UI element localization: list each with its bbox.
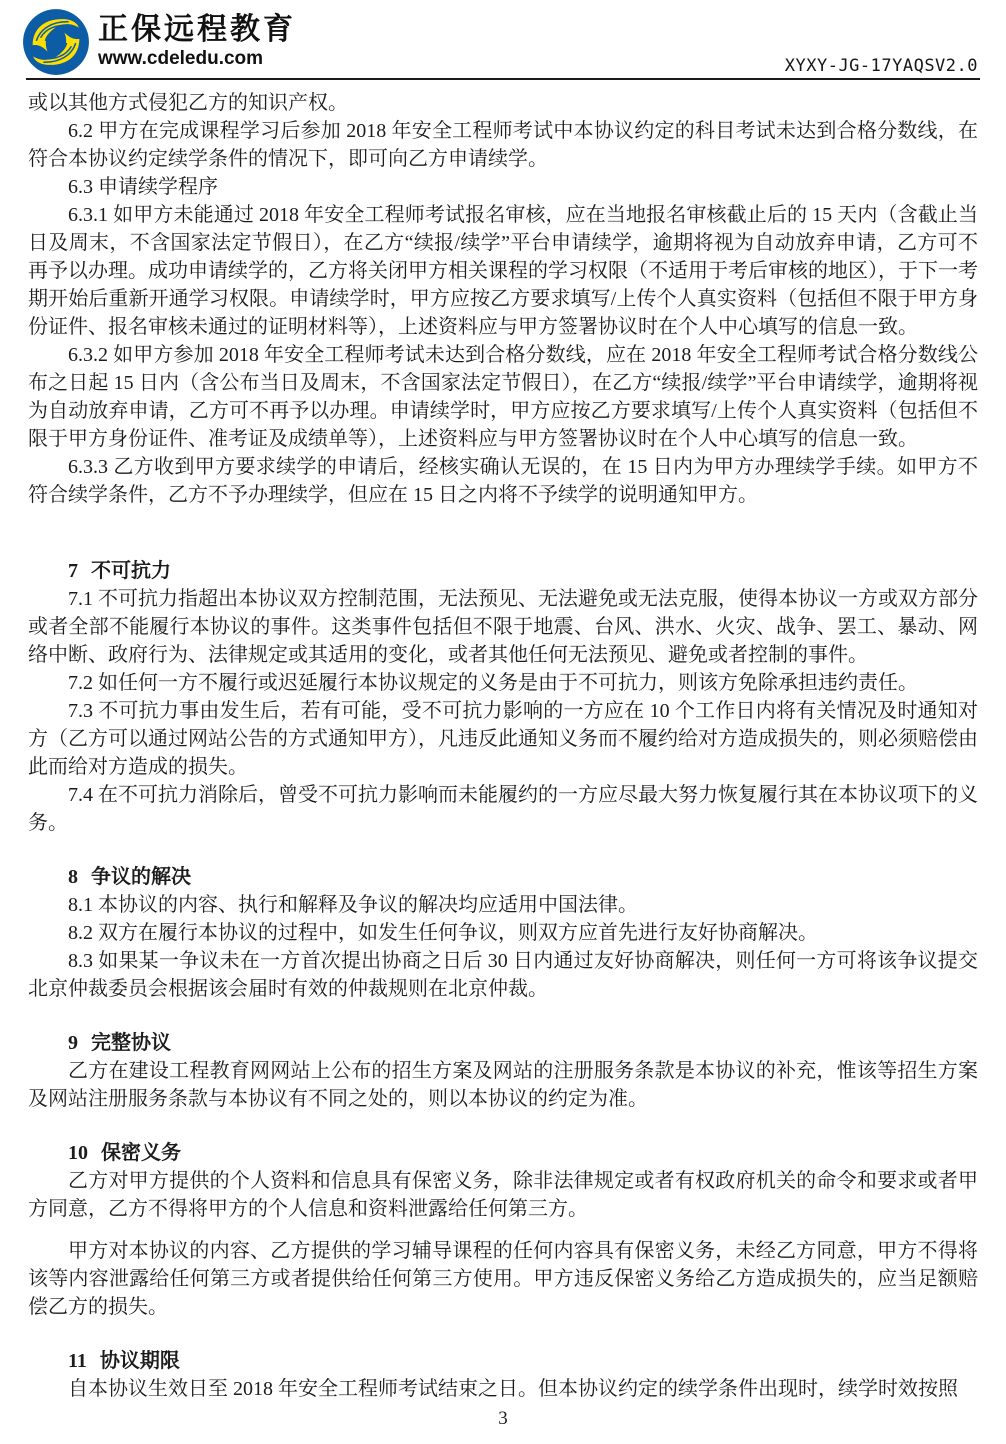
paragraph: 8.3 如果某一争议未在一方首次提出协商之日后 30 日内通过友好协商解决，则任… <box>28 947 978 1003</box>
section-number: 10 <box>68 1142 88 1164</box>
paragraph: 6.3.2 如甲方参加 2018 年安全工程师考试未达到合格分数线，应在 201… <box>28 341 978 453</box>
paragraph: 7.1 不可抗力指超出本协议双方控制范围，无法预见、无法避免或无法克服，使得本协… <box>28 585 978 669</box>
paragraph: 甲方对本协议的内容、乙方提供的学习辅导课程的任何内容具有保密义务，未经乙方同意，… <box>28 1237 978 1321</box>
paragraph: 自本协议生效日至 2018 年安全工程师考试结束之日。但本协议约定的续学条件出现… <box>28 1375 978 1403</box>
paragraph: 6.2 甲方在完成课程学习后参加 2018 年安全工程师考试中本协议约定的科目考… <box>28 117 978 173</box>
paragraph: 6.3.1 如甲方未能通过 2018 年安全工程师考试报名审核，应在当地报名审核… <box>28 201 978 341</box>
section-heading: 11协议期限 <box>28 1347 978 1375</box>
paragraph: 7.2 如任何一方不履行或迟延履行本协议规定的义务是由于不可抗力，则该方免除承担… <box>28 669 978 697</box>
contract-page: 正保远程教育 www.cdeledu.com XYXY-JG-17YAQSV2.… <box>0 0 1006 1444</box>
section-number: 11 <box>68 1350 87 1372</box>
section-number: 7 <box>68 560 78 582</box>
section-heading: 9完整协议 <box>28 1029 978 1057</box>
section-heading: 8争议的解决 <box>28 863 978 891</box>
section-title: 争议的解决 <box>91 866 191 888</box>
document-code: XYXY-JG-17YAQSV2.0 <box>785 56 978 76</box>
section-heading: 7不可抗力 <box>28 557 978 585</box>
section-title: 不可抗力 <box>91 560 171 582</box>
brand-name: 正保远程教育 <box>98 14 296 46</box>
cdel-swirl-logo-icon <box>22 8 90 76</box>
paragraph: 6.3 申请续学程序 <box>28 173 978 201</box>
page-number: 3 <box>0 1408 1006 1430</box>
section-title: 协议期限 <box>100 1350 180 1372</box>
paragraph: 8.1 本协议的内容、执行和解释及争议的解决均应适用中国法律。 <box>28 891 978 919</box>
paragraph: 7.3 不可抗力事由发生后，若有可能，受不可抗力影响的一方应在 10 个工作日内… <box>28 697 978 781</box>
document-body: 或以其他方式侵犯乙方的知识产权。6.2 甲方在完成课程学习后参加 2018 年安… <box>0 80 1006 1403</box>
paragraph: 6.3.3 乙方收到甲方要求续学的申请后，经核实确认无误的，在 15 日内为甲方… <box>28 453 978 509</box>
paragraph: 或以其他方式侵犯乙方的知识产权。 <box>28 89 978 117</box>
brand-block: 正保远程教育 www.cdeledu.com <box>22 8 296 76</box>
page-header: 正保远程教育 www.cdeledu.com XYXY-JG-17YAQSV2.… <box>26 0 980 80</box>
section-title: 保密义务 <box>101 1142 181 1164</box>
paragraph: 7.4 在不可抗力消除后，曾受不可抗力影响而未能履约的一方应尽最大努力恢复履行其… <box>28 781 978 837</box>
section-number: 9 <box>68 1032 78 1054</box>
section-heading: 10保密义务 <box>28 1139 978 1167</box>
paragraph: 乙方对甲方提供的个人资料和信息具有保密义务，除非法律规定或者有权政府机关的命令和… <box>28 1167 978 1223</box>
paragraph: 8.2 双方在履行本协议的过程中，如发生任何争议，则双方应首先进行友好协商解决。 <box>28 919 978 947</box>
paragraph: 乙方在建设工程教育网网站上公布的招生方案及网站的注册服务条款是本协议的补充，惟该… <box>28 1057 978 1113</box>
section-number: 8 <box>68 866 78 888</box>
section-title: 完整协议 <box>91 1032 171 1054</box>
brand-url: www.cdeledu.com <box>98 48 296 70</box>
